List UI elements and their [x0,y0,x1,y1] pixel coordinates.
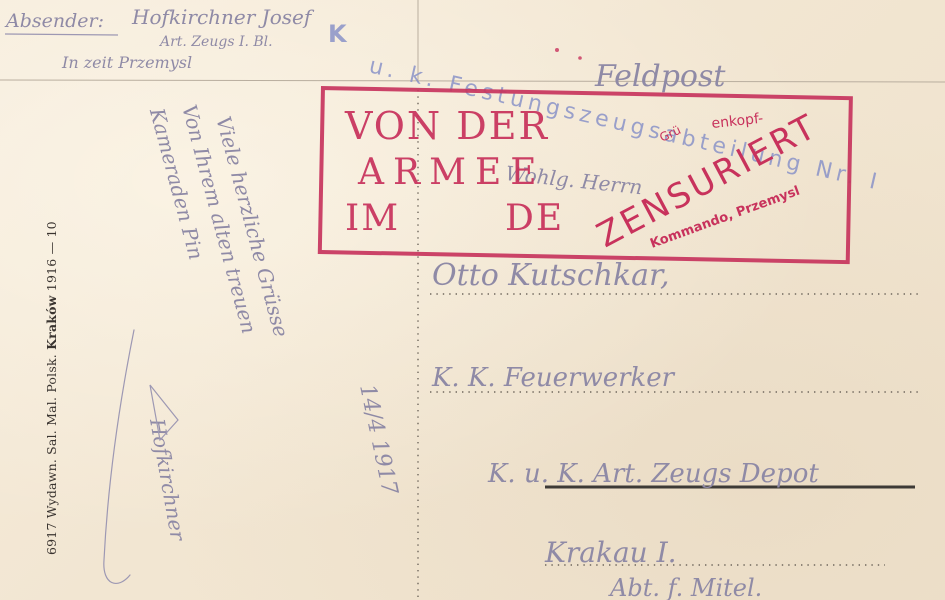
censor-zensuriert: ZENSURIERT [590,106,824,256]
censor-oval-top: enkopf- [711,111,764,132]
postcard: 6917 Wydawn. Sal. Mal. Polsk. Kraków 191… [0,0,945,600]
censor-oval-stamp: enkopf- Grü ZENSURIERT Kommando, Przemys… [0,0,945,600]
censor-oval-mid: Grü [657,123,683,145]
